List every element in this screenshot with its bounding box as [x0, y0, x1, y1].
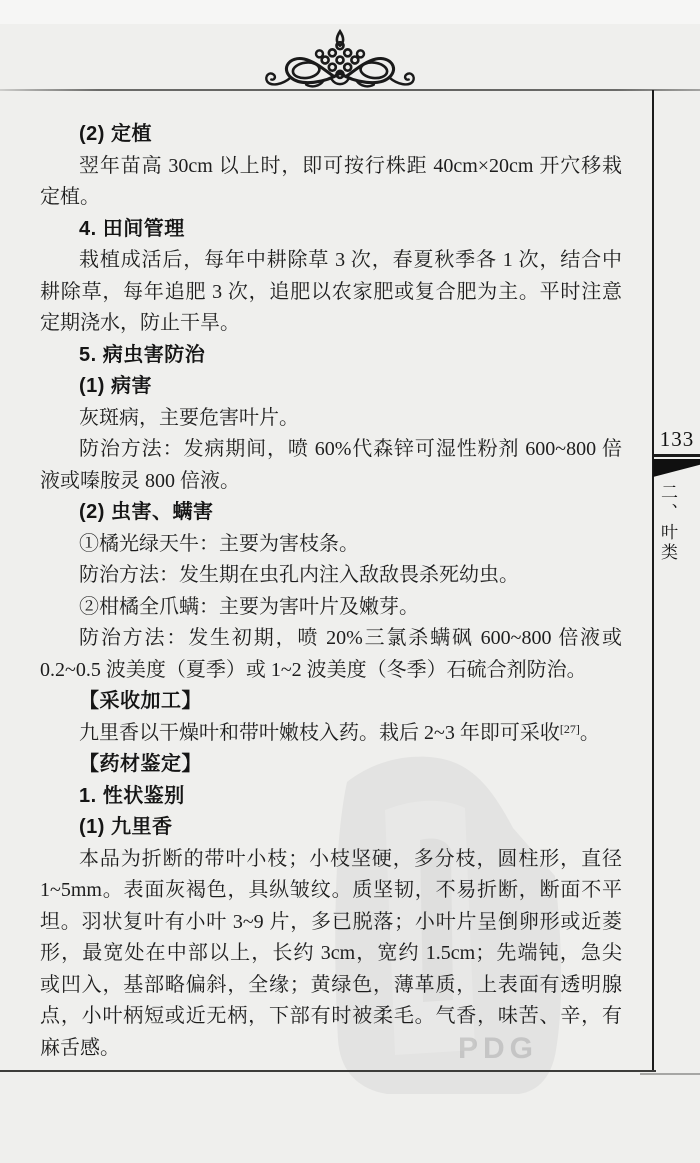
- text-line: 防治方法：发生期在虫孔内注入敌敌畏杀死幼虫。: [40, 560, 622, 592]
- text-line: 本品为折断的带叶小枝；小枝坚硬，多分枝，圆柱形，直径: [40, 844, 622, 876]
- margin-rule: [652, 90, 654, 1072]
- page-number-rule: [653, 454, 700, 457]
- text-line: 0.2~0.5 波美度（夏季）或 1~2 波美度（冬季）石硫合剂防治。: [40, 655, 622, 687]
- text-line: 防治方法：发生初期，喷 20%三氯杀螨砜 600~800 倍液或: [40, 623, 622, 655]
- heading-line: 5. 病虫害防治: [40, 340, 622, 372]
- heading-line: (1) 病害: [40, 371, 622, 403]
- text-line: 麻舌感。: [40, 1033, 622, 1065]
- section-label: 二、叶类: [655, 483, 680, 593]
- text-line: 1~5mm。表面灰褐色，具纵皱纹。质坚韧，不易折断，断面不平: [40, 875, 622, 907]
- footnote-reference: [27]: [560, 722, 580, 736]
- section-marker-wedge: [653, 459, 700, 477]
- page-text: (2) 定植翌年苗高 30cm 以上时，即可按行株距 40cm×20cm 开穴移…: [40, 119, 622, 1064]
- text-line: ②柑橘全爪螨：主要为害叶片及嫩芽。: [40, 592, 622, 624]
- heading-line: 【采收加工】: [40, 686, 622, 718]
- text-line: 定期浇水，防止干旱。: [40, 308, 622, 340]
- heading-line: (2) 定植: [40, 119, 622, 151]
- text-line: 栽植成活后，每年中耕除草 3 次，春夏秋季各 1 次，结合中: [40, 245, 622, 277]
- text-line: ①橘光绿天牛：主要为害枝条。: [40, 529, 622, 561]
- text-line: 耕除草，每年追肥 3 次，追肥以农家肥或复合肥为主。平时注意: [40, 277, 622, 309]
- header-rule: [0, 89, 700, 91]
- book-page: PDG 133 二、叶类 (: [0, 0, 700, 1163]
- heading-line: 【药材鉴定】: [40, 749, 622, 781]
- text-line: 定植。: [40, 182, 622, 214]
- text-line: 或凹入，基部略偏斜，全缘；黄绿色，薄革质，上表面有透明腺: [40, 970, 622, 1002]
- text-line: 灰斑病，主要危害叶片。: [40, 403, 622, 435]
- text-line: 形，最宽处在中部以上，长约 3cm，宽约 1.5cm；先端钝，急尖: [40, 938, 622, 970]
- heading-line: (1) 九里香: [40, 812, 622, 844]
- text-line: 翌年苗高 30cm 以上时，即可按行株距 40cm×20cm 开穴移栽: [40, 151, 622, 183]
- heading-line: (2) 虫害、螨害: [40, 497, 622, 529]
- text-line: 液或嗪胺灵 800 倍液。: [40, 466, 622, 498]
- footer-rule-extension: [640, 1073, 700, 1075]
- footer-rule: [0, 1070, 656, 1072]
- text-line: 九里香以干燥叶和带叶嫩枝入药。栽后 2~3 年即可采收[27]。: [40, 718, 622, 750]
- decorative-flourish-icon: [258, 28, 422, 90]
- text-line: 点，小叶柄短或近无柄，下部有时被柔毛。气香，味苦、辛，有: [40, 1001, 622, 1033]
- page-top-margin: [0, 0, 700, 24]
- text-line: 坦。羽状复叶有小叶 3~9 片，多已脱落；小叶片呈倒卵形或近菱: [40, 907, 622, 939]
- text-line: 防治方法：发病期间，喷 60%代森锌可湿性粉剂 600~800 倍: [40, 434, 622, 466]
- heading-line: 1. 性状鉴别: [40, 781, 622, 813]
- heading-line: 4. 田间管理: [40, 214, 622, 246]
- page-number: 133: [654, 427, 700, 453]
